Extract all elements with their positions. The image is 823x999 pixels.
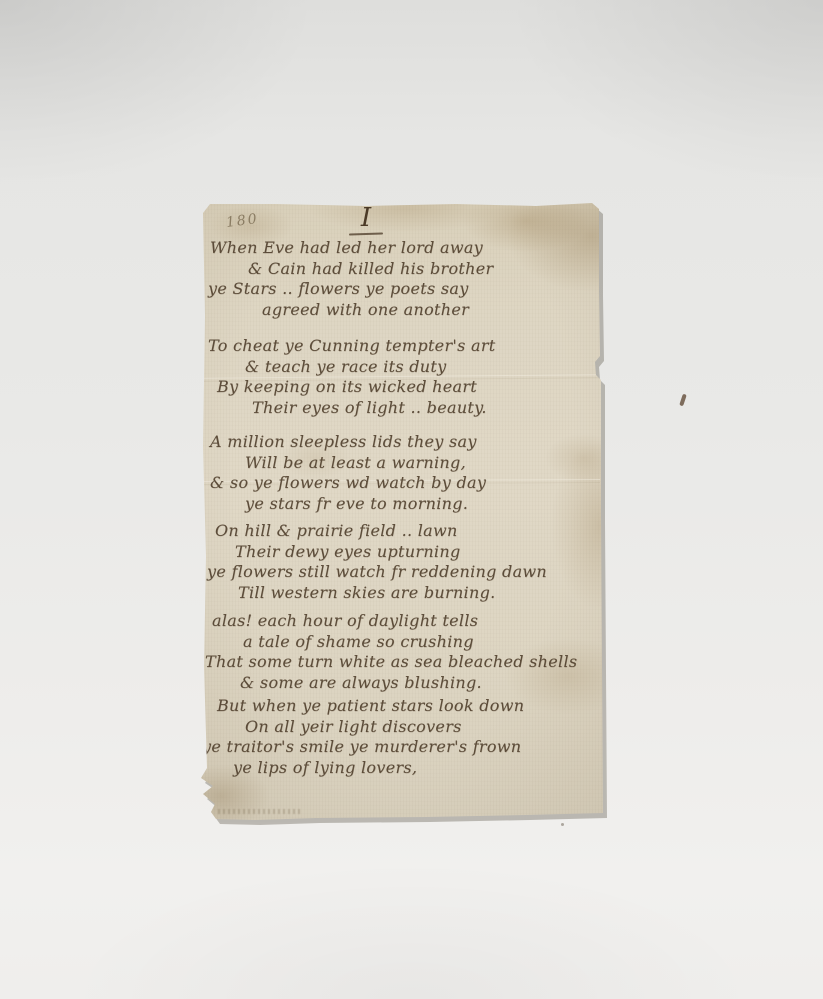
stanza-3: A million sleepless lids they say Will b… <box>196 432 610 514</box>
manuscript-page: 180 I When Eve had led her lord away & C… <box>196 196 610 826</box>
dust-speck <box>679 394 687 407</box>
poem-line: Till western skies are burning. <box>238 583 610 604</box>
poem-line: & so ye flowers wd watch by day <box>210 473 610 494</box>
poem-line: & some are always blushing. <box>240 673 610 694</box>
poem-line: ye flowers still watch fr reddening dawn <box>207 562 610 583</box>
stanza-4: On hill & prairie field .. lawn Their de… <box>196 521 610 603</box>
stanza-2: To cheat ye Cunning tempter's art & teac… <box>196 336 610 418</box>
poem-line: When Eve had led her lord away <box>210 238 610 259</box>
stanza-6: But when ye patient stars look down On a… <box>196 696 610 778</box>
poem-line: A million sleepless lids they say <box>210 432 610 453</box>
poem-line: Will be at least a warning, <box>245 453 610 474</box>
poem-line: That some turn white as sea bleached she… <box>205 652 610 673</box>
poem-line: ye Stars .. flowers ye poets say <box>208 279 610 300</box>
poem-line: ye stars fr eve to morning. <box>245 494 610 515</box>
poem-line: Their dewy eyes upturning <box>235 542 610 563</box>
poem-line: alas! each hour of daylight tells <box>212 611 610 632</box>
embossed-stamp-marks <box>218 809 302 814</box>
dust-speck <box>561 823 564 826</box>
poem-line: To cheat ye Cunning tempter's art <box>208 336 610 357</box>
poem-line: a tale of shame so crushing <box>243 632 610 653</box>
poem-line: ye traitor's smile ye murderer's frown <box>202 737 610 758</box>
stanza-1: When Eve had led her lord away & Cain ha… <box>196 238 610 320</box>
poem-line: By keeping on its wicked heart <box>217 377 610 398</box>
poem-line: agreed with one another <box>262 300 610 321</box>
poem-line: & teach ye race its duty <box>245 357 610 378</box>
poem-line: & Cain had killed his brother <box>248 259 610 280</box>
poem-line: ye lips of lying lovers, <box>233 758 610 779</box>
photo-background: 180 I When Eve had led her lord away & C… <box>0 0 823 999</box>
poem-line: But when ye patient stars look down <box>217 696 610 717</box>
stanza-5: alas! each hour of daylight tells a tale… <box>196 611 610 693</box>
poem-title: I <box>346 203 386 233</box>
poem-line: On hill & prairie field .. lawn <box>215 521 610 542</box>
poem-line: On all yeir light discovers <box>245 717 610 738</box>
poem-line: Their eyes of light .. beauty. <box>252 398 610 419</box>
